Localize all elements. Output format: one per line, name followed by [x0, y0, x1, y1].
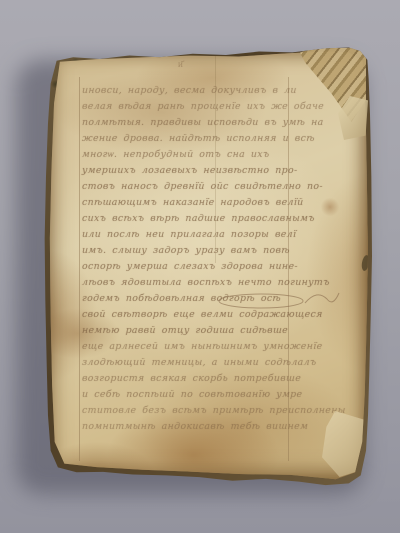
handwriting-line: многѡ. непробудный отъ сна ихъ [82, 147, 291, 163]
handwriting-line: возгористя всякая скорбь потребивше [82, 371, 291, 387]
handwriting-line: или послѣ неи прилагала позоры велї [82, 227, 291, 243]
handwriting-line: ститовле безъ всѣмъ примѣрѣ преисполнены [82, 403, 291, 419]
handwriting-line: помнитмынѣ андокисавѣ тебѣ вишнем [82, 419, 291, 435]
handwriting-line: сихъ всѣхъ вѣрѣ падшие православнымъ [82, 211, 291, 227]
handwriting-line: еще арлнесей имъ нынѣшнимъ умноженїе [82, 339, 291, 355]
handwriting-line: спѣшающимъ наказанїе народовъ велїй [82, 195, 291, 211]
stray-ink-mark: и҃ [178, 59, 183, 70]
handwriting-block: иновси, народу, весма докучливъ в ли вел… [82, 83, 290, 435]
handwriting-line: имъ. слышу задоръ уразу вамъ повѣ [82, 243, 291, 259]
margin-rule-left [79, 77, 80, 461]
handwriting-line: умершихъ лозаевыхъ неизвѣстно про- [82, 163, 291, 179]
crumpled-corner-bottom-right [322, 411, 366, 477]
photo-background: и҃ иновси, народу, весма докучливъ в ли … [0, 0, 400, 533]
handwriting-line: велая вѣдая ранѣ прощенїе ихъ же обаче [82, 99, 291, 115]
handwriting-line: злодѣющий темницы, а иными содѣлалъ [82, 355, 291, 371]
manuscript-book: и҃ иновси, народу, весма докучливъ в ли … [40, 44, 372, 486]
ink-flourish [215, 283, 341, 319]
edge-tear [361, 255, 371, 272]
manuscript-page: и҃ иновси, народу, весма докучливъ в ли … [45, 47, 368, 481]
handwriting-line: жение дровва. найдѣтѣ исполняя и всѣ [82, 131, 291, 147]
handwriting-line: немѣю раввй отцу годиша сидѣвше [82, 323, 291, 339]
handwriting-line: полмѣтыя. правдивы исповѣди въ умѣ на [82, 115, 291, 131]
handwriting-line: и себѣ поспѣшй по совѣтованїю умре [82, 387, 291, 403]
handwriting-line: иновси, народу, весма докучливъ в ли [82, 83, 291, 99]
handwriting-line: оспорѣ умерша слезахъ здорова нине- [82, 259, 291, 275]
handwriting-line: стовъ наносъ древнїй ойс свидѣтелно по- [82, 179, 291, 195]
